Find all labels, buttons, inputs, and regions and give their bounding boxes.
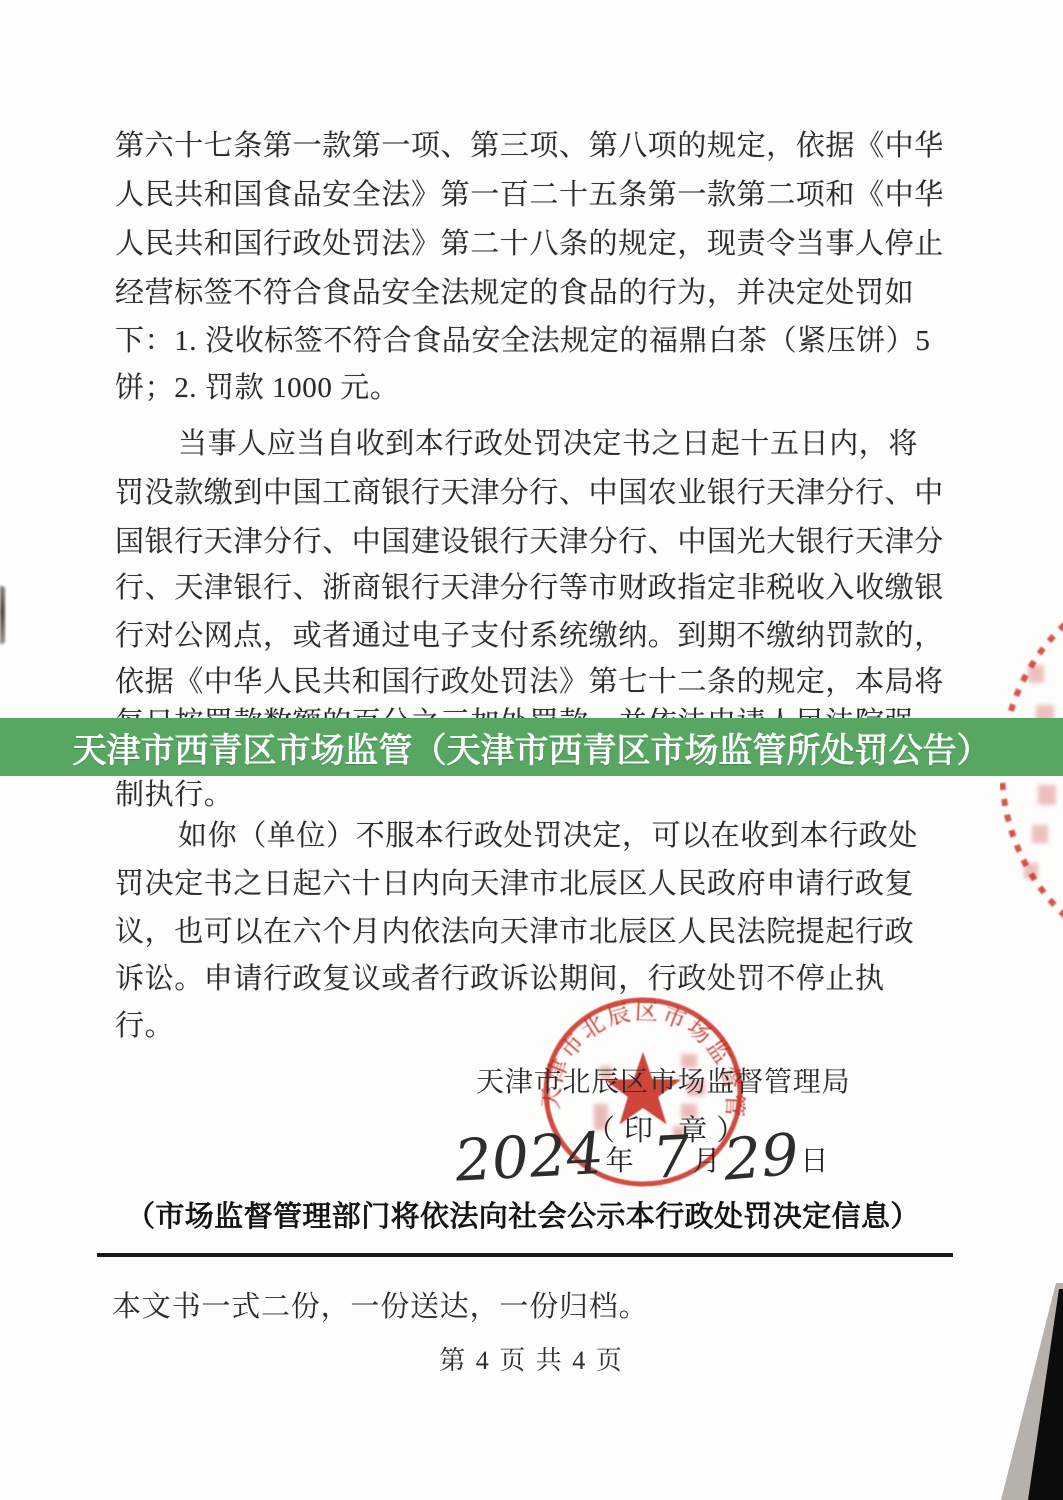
document-line: 行。: [115, 1010, 174, 1043]
public-disclosure-note: （市场监督管理部门将依法向社会公示本行政处罚决定信息）: [126, 1194, 920, 1235]
headline-banner-title: 天津市西青区市场监管（天津市西青区市场监管所处罚公告）: [73, 723, 991, 772]
document-line: 经营标签不符合食品安全法规定的食品的行为，并决定处罚如: [115, 277, 914, 310]
date-year-label: 年: [603, 1139, 637, 1186]
date-day-handwritten: 29: [719, 1125, 801, 1189]
document-line: 下：1. 没收标签不符合食品安全法规定的福鼎白茶（紧压饼）5: [115, 325, 931, 358]
document-line: 人民共和国食品安全法》第一百二十五条第一款第二项和《中华: [115, 179, 944, 212]
document-line: 行、天津银行、浙商银行天津分行等市财政指定非税收入收缴银: [115, 572, 944, 605]
document-line: 如你（单位）不服本行政处罚决定，可以在收到本行政处: [178, 820, 918, 853]
decision-date: 2024 年 7 月 29 日: [455, 1128, 831, 1186]
date-month-label: 月: [690, 1139, 724, 1186]
copies-note: 本文书一式二份，一份送达，一份归档。: [112, 1284, 648, 1325]
document-line: 制执行。: [115, 779, 233, 812]
document-line: 罚没款缴到中国工商银行天津分行、中国农业银行天津分行、中: [115, 477, 944, 510]
document-line: 国银行天津分行、中国建设银行天津分行、中国光大银行天津分: [115, 526, 944, 559]
document-line: 诉讼。申请行政复议或者行政诉讼期间，行政处罚不停止执: [115, 963, 885, 996]
date-month-handwritten: 7: [649, 1127, 692, 1187]
document-line: 行对公网点，或者通过电子支付系统缴纳。到期不缴纳罚款的，: [115, 620, 944, 653]
left-edge-smudge: [0, 586, 5, 644]
document-line: 议，也可以在六个月内依法向天津市北辰区人民法院提起行政: [115, 916, 914, 949]
document-line: 饼；2. 罚款 1000 元。: [115, 372, 400, 405]
issuing-agency: 天津市北辰区市场监督管理局: [476, 1060, 850, 1100]
divider-rule: [97, 1253, 953, 1257]
document-line: 人民共和国行政处罚法》第二十八条的规定，现责令当事人停止: [115, 228, 944, 261]
document-line: 第六十七条第一款第一项、第三项、第八项的规定，依据《中华: [115, 130, 944, 163]
document-line: 罚决定书之日起六十日内向天津市北辰区人民政府申请行政复: [115, 868, 914, 901]
headline-banner: 天津市西青区市场监管（天津市西青区市场监管所处罚公告）: [0, 718, 1063, 776]
date-year-handwritten: 2024: [451, 1124, 606, 1190]
date-day-label: 日: [797, 1139, 831, 1186]
scanned-document-page: 第六十七条第一款第一项、第三项、第八项的规定，依据《中华人民共和国食品安全法》第…: [0, 0, 1063, 1500]
document-line: 当事人应当自收到本行政处罚决定书之日起十五日内，将: [178, 428, 918, 461]
document-line: 依据《中华人民共和国行政处罚法》第七十二条的规定，本局将: [115, 666, 944, 699]
page-indicator: 第 4 页 共 4 页: [0, 1340, 1063, 1377]
